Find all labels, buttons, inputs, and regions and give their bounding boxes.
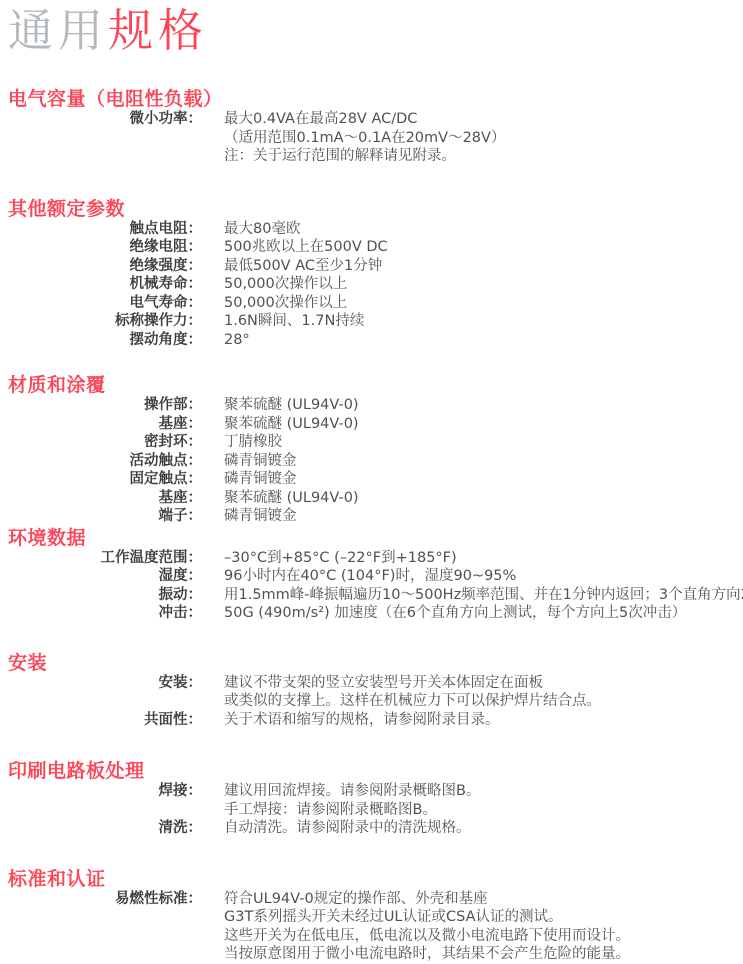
spec-value: 96小时内在40°C (104°F)时，湿度90~95% — [202, 567, 516, 586]
section-heading: 标准和认证 — [8, 868, 743, 890]
spec-value-line: –30°C到+85°C (–22°F到+185°F) — [224, 549, 457, 568]
section-heading: 安装 — [8, 652, 743, 674]
spec-value-line: 当按原意图用于微小电流电路时，其结果不会产生危险的能量。 — [224, 945, 630, 964]
spec-value: 聚苯硫醚 (UL94V-0) — [202, 415, 359, 434]
spec-label: 清洗： — [8, 819, 202, 838]
spec-section: 标准和认证易燃性标准：符合UL94V-0规定的操作部、外壳和基座G3T系列摇头开… — [8, 868, 743, 964]
spec-value: 50G (490m/s²) 加速度（在6个直角方向上测试，每个方向上5次冲击） — [202, 604, 686, 623]
spec-value-line: 最大0.4VA在最高28V AC/DC — [224, 110, 505, 129]
spec-row: 绝缘电阻：500兆欧以上在500V DC — [8, 238, 743, 257]
spec-value: 建议不带支架的竖立安装型号开关本体固定在面板或类似的支撑上。这样在机械应力下可以… — [202, 674, 601, 711]
spec-section: 材质和涂覆操作部：聚苯硫醚 (UL94V-0)基座：聚苯硫醚 (UL94V-0)… — [8, 374, 743, 526]
spec-value: 50,000次操作以上 — [202, 275, 347, 294]
spec-row: 湿度：96小时内在40°C (104°F)时，湿度90~95% — [8, 567, 743, 586]
spec-value: 用1.5mm峰-峰振幅遍历10～500Hz频率范围、并在1分钟内返回；3个直角方… — [202, 586, 743, 605]
spec-section: 电气容量（电阻性负载）微小功率：最大0.4VA在最高28V AC/DC（适用范围… — [8, 88, 743, 166]
spec-label: 湿度： — [8, 567, 202, 586]
spec-row: 工作温度范围：–30°C到+85°C (–22°F到+185°F) — [8, 549, 743, 568]
spec-value-line: 注：关于运行范围的解释请见附录。 — [224, 147, 505, 166]
spec-row: 触点电阻：最大80毫欧 — [8, 220, 743, 239]
section-rows: 操作部：聚苯硫醚 (UL94V-0)基座：聚苯硫醚 (UL94V-0)密封环：丁… — [8, 396, 743, 526]
spec-value: 最大0.4VA在最高28V AC/DC（适用范围0.1mA～0.1A在20mV～… — [202, 110, 505, 166]
spec-row: 易燃性标准：符合UL94V-0规定的操作部、外壳和基座G3T系列摇头开关未经过U… — [8, 890, 743, 964]
spec-value: 符合UL94V-0规定的操作部、外壳和基座G3T系列摇头开关未经过UL认证或CS… — [202, 890, 630, 964]
spec-value: 磷青铜镀金 — [202, 452, 297, 471]
spec-value-line: 丁腈橡胶 — [224, 433, 282, 452]
spec-label: 触点电阻： — [8, 220, 202, 239]
spec-row: 共面性：关于术语和缩写的规格，请参阅附录目录。 — [8, 711, 743, 730]
spec-row: 密封环：丁腈橡胶 — [8, 433, 743, 452]
spec-value: –30°C到+85°C (–22°F到+185°F) — [202, 549, 457, 568]
spec-value: 最大80毫欧 — [202, 220, 300, 239]
spec-value-line: 最低500V AC至少1分钟 — [224, 257, 382, 276]
spec-section: 环境数据工作温度范围：–30°C到+85°C (–22°F到+185°F)湿度：… — [8, 527, 743, 623]
spec-value-line: 96小时内在40°C (104°F)时，湿度90~95% — [224, 567, 516, 586]
spec-value: 建议用回流焊接。请参阅附录概略图B。手工焊接：请参阅附录概略图B。 — [202, 782, 480, 819]
spec-row: 绝缘强度：最低500V AC至少1分钟 — [8, 257, 743, 276]
spec-section: 安装安装：建议不带支架的竖立安装型号开关本体固定在面板或类似的支撑上。这样在机械… — [8, 652, 743, 730]
spec-label: 绝缘电阻： — [8, 238, 202, 257]
spec-label: 绝缘强度： — [8, 257, 202, 276]
spec-row: 电气寿命：50,000次操作以上 — [8, 294, 743, 313]
spec-value-line: 50G (490m/s²) 加速度（在6个直角方向上测试，每个方向上5次冲击） — [224, 604, 686, 623]
spec-row: 摆动角度：28° — [8, 331, 743, 350]
spec-value-line: 聚苯硫醚 (UL94V-0) — [224, 489, 359, 508]
section-heading: 电气容量（电阻性负载） — [8, 88, 743, 110]
section-heading: 材质和涂覆 — [8, 374, 743, 396]
spec-label: 操作部： — [8, 396, 202, 415]
spec-value-line: 聚苯硫醚 (UL94V-0) — [224, 415, 359, 434]
spec-value: 1.6N瞬间、1.7N持续 — [202, 312, 364, 331]
spec-label: 焊接： — [8, 782, 202, 801]
spec-value-line: 建议用回流焊接。请参阅附录概略图B。 — [224, 782, 480, 801]
spec-value: 丁腈橡胶 — [202, 433, 282, 452]
spec-value-line: 500兆欧以上在500V DC — [224, 238, 388, 257]
spec-row: 基座：聚苯硫醚 (UL94V-0) — [8, 489, 743, 508]
page-title-gray-part: 通用 — [8, 4, 108, 57]
spec-value: 28° — [202, 331, 250, 350]
spec-row: 清洗：自动清洗。请参阅附录中的清洗规格。 — [8, 819, 743, 838]
spec-value-line: G3T系列摇头开关未经过UL认证或CSA认证的测试。 — [224, 908, 630, 927]
spec-row: 机械寿命：50,000次操作以上 — [8, 275, 743, 294]
spec-value-line: 磷青铜镀金 — [224, 470, 297, 489]
spec-value-line: 磷青铜镀金 — [224, 452, 297, 471]
spec-row: 端子：磷青铜镀金 — [8, 507, 743, 526]
section-heading: 印刷电路板处理 — [8, 760, 743, 782]
spec-label: 活动触点： — [8, 452, 202, 471]
spec-value-line: 符合UL94V-0规定的操作部、外壳和基座 — [224, 890, 630, 909]
spec-section: 其他额定参数触点电阻：最大80毫欧绝缘电阻：500兆欧以上在500V DC绝缘强… — [8, 198, 743, 350]
spec-label: 安装： — [8, 674, 202, 693]
section-rows: 工作温度范围：–30°C到+85°C (–22°F到+185°F)湿度：96小时… — [8, 549, 743, 623]
spec-value-line: 建议不带支架的竖立安装型号开关本体固定在面板 — [224, 674, 601, 693]
spec-value-line: 磷青铜镀金 — [224, 507, 297, 526]
spec-value-line: 或类似的支撑上。这样在机械应力下可以保护焊片结合点。 — [224, 692, 601, 711]
spec-value-line: 50,000次操作以上 — [224, 294, 347, 313]
spec-value-line: 聚苯硫醚 (UL94V-0) — [224, 396, 359, 415]
spec-label: 标称操作力： — [8, 312, 202, 331]
section-rows: 触点电阻：最大80毫欧绝缘电阻：500兆欧以上在500V DC绝缘强度：最低50… — [8, 220, 743, 350]
spec-section: 印刷电路板处理焊接：建议用回流焊接。请参阅附录概略图B。手工焊接：请参阅附录概略… — [8, 760, 743, 838]
spec-label: 冲击： — [8, 604, 202, 623]
spec-label: 摆动角度： — [8, 331, 202, 350]
section-rows: 微小功率：最大0.4VA在最高28V AC/DC（适用范围0.1mA～0.1A在… — [8, 110, 743, 166]
spec-row: 操作部：聚苯硫醚 (UL94V-0) — [8, 396, 743, 415]
spec-value-line: 1.6N瞬间、1.7N持续 — [224, 312, 364, 331]
spec-value: 聚苯硫醚 (UL94V-0) — [202, 489, 359, 508]
spec-row: 振动：用1.5mm峰-峰振幅遍历10～500Hz频率范围、并在1分钟内返回；3个… — [8, 586, 743, 605]
spec-label: 基座： — [8, 415, 202, 434]
spec-row: 基座：聚苯硫醚 (UL94V-0) — [8, 415, 743, 434]
spec-value: 磷青铜镀金 — [202, 470, 297, 489]
section-heading: 环境数据 — [8, 527, 743, 549]
spec-value-line: 关于术语和缩写的规格，请参阅附录目录。 — [224, 711, 500, 730]
section-heading: 其他额定参数 — [8, 198, 743, 220]
spec-value: 关于术语和缩写的规格，请参阅附录目录。 — [202, 711, 500, 730]
spec-value: 50,000次操作以上 — [202, 294, 347, 313]
spec-label: 电气寿命： — [8, 294, 202, 313]
spec-value-line: 手工焊接：请参阅附录概略图B。 — [224, 801, 480, 820]
spec-value-line: 50,000次操作以上 — [224, 275, 347, 294]
spec-row: 活动触点：磷青铜镀金 — [8, 452, 743, 471]
spec-label: 振动： — [8, 586, 202, 605]
section-rows: 易燃性标准：符合UL94V-0规定的操作部、外壳和基座G3T系列摇头开关未经过U… — [8, 890, 743, 964]
spec-row: 固定触点：磷青铜镀金 — [8, 470, 743, 489]
spec-value: 磷青铜镀金 — [202, 507, 297, 526]
spec-label: 工作温度范围： — [8, 549, 202, 568]
spec-row: 安装：建议不带支架的竖立安装型号开关本体固定在面板或类似的支撑上。这样在机械应力… — [8, 674, 743, 711]
spec-row: 标称操作力：1.6N瞬间、1.7N持续 — [8, 312, 743, 331]
section-rows: 安装：建议不带支架的竖立安装型号开关本体固定在面板或类似的支撑上。这样在机械应力… — [8, 674, 743, 730]
spec-value-line: 这些开关为在低电压，低电流以及微小电流电路下使用而设计。 — [224, 927, 630, 946]
spec-value: 最低500V AC至少1分钟 — [202, 257, 382, 276]
spec-label: 密封环： — [8, 433, 202, 452]
spec-label: 易燃性标准： — [8, 890, 202, 909]
spec-value: 聚苯硫醚 (UL94V-0) — [202, 396, 359, 415]
spec-value-line: 自动清洗。请参阅附录中的清洗规格。 — [224, 819, 471, 838]
spec-value-line: 用1.5mm峰-峰振幅遍历10～500Hz频率范围、并在1分钟内返回；3个直角方… — [224, 586, 743, 605]
spec-label: 机械寿命： — [8, 275, 202, 294]
page-title-red-part: 规格 — [108, 4, 208, 57]
spec-row: 焊接：建议用回流焊接。请参阅附录概略图B。手工焊接：请参阅附录概略图B。 — [8, 782, 743, 819]
section-rows: 焊接：建议用回流焊接。请参阅附录概略图B。手工焊接：请参阅附录概略图B。清洗：自… — [8, 782, 743, 838]
spec-value-line: （适用范围0.1mA～0.1A在20mV～28V） — [224, 129, 505, 148]
spec-label: 固定触点： — [8, 470, 202, 489]
spec-label: 共面性： — [8, 711, 202, 730]
spec-row: 微小功率：最大0.4VA在最高28V AC/DC（适用范围0.1mA～0.1A在… — [8, 110, 743, 166]
spec-value: 500兆欧以上在500V DC — [202, 238, 388, 257]
spec-value-line: 最大80毫欧 — [224, 220, 300, 239]
spec-value-line: 28° — [224, 331, 250, 350]
spec-label: 微小功率： — [8, 110, 202, 129]
spec-sections: 电气容量（电阻性负载）微小功率：最大0.4VA在最高28V AC/DC（适用范围… — [8, 88, 743, 964]
spec-label: 端子： — [8, 507, 202, 526]
spec-label: 基座： — [8, 489, 202, 508]
page-title: 通用规格 — [8, 5, 743, 57]
spec-row: 冲击：50G (490m/s²) 加速度（在6个直角方向上测试，每个方向上5次冲… — [8, 604, 743, 623]
spec-value: 自动清洗。请参阅附录中的清洗规格。 — [202, 819, 471, 838]
